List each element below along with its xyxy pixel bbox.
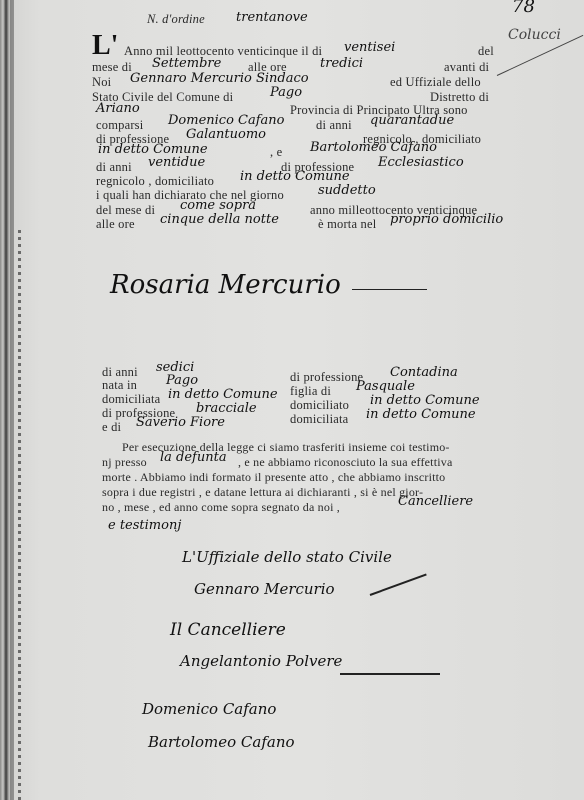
day-value: ventisei [344,40,395,55]
deceased-text: figlia di [290,384,331,399]
witness1-name: Domenico Cafano [168,113,285,128]
deceased-text: di professione [290,370,363,385]
witness2-residence: in detto Comune [240,169,350,184]
declaration-day: suddetto [318,183,376,198]
deceased-text: nata in [102,378,137,393]
signature-flourish [370,574,427,596]
mother-residence: in detto Comune [366,407,476,422]
father-profession: bracciale [196,401,257,416]
witness2-name: Bartolomeo Cafano [310,140,437,155]
deceased-text: e di [102,420,121,435]
mayor-name: Gennaro Mercurio Sindaco [130,71,309,86]
witness2-age: ventidue [148,155,205,170]
declaration-text: è morta nel [318,217,376,232]
deceased-text: domiciliata [102,392,160,407]
intro-text: mese di [92,60,132,75]
closing-line: no , mese , ed anno come sopra segnato d… [102,500,340,515]
deceased-text: domiciliata [290,412,348,427]
signature-clerk: Angelantonio Polvere [180,652,342,670]
month-value: Settembre [152,56,221,71]
closing-line: , e ne abbiamo riconosciuto la sua effet… [238,455,453,470]
page-binding-stitches [18,230,21,800]
deceased-profession: Contadina [390,365,458,380]
deceased-text: domiciliato [290,398,349,413]
death-place: proprio domicilio [390,212,503,227]
witness1-age: quarantadue [370,113,454,128]
father-name: Pasquale [356,379,415,394]
order-label: N. d'ordine [147,12,205,27]
death-hour: cinque della notte [160,212,279,227]
witness-text: di anni [316,118,352,133]
closing-line: sopra i due registri , e datane lettura … [102,485,423,500]
closing-handwritten: Cancelliere [398,494,473,509]
distretto-value: Ariano [96,101,140,116]
signature-title-officer: L'Uffiziale dello stato Civile [182,548,392,566]
signature-witness2: Bartolomeo Cafano [148,733,295,751]
intro-text: Noi [92,75,111,90]
closing-handwritten: la defunta [160,450,227,465]
witness-text: comparsi [96,118,143,133]
page-binding-shadow [10,0,14,800]
name-rule [352,289,427,290]
mother-name: Saverio Fiore [136,415,225,430]
comune-value: Pago [270,85,302,100]
hour-value: tredici [320,56,363,71]
declaration-month: come sopra [180,198,256,213]
order-value: trentanove [236,10,308,25]
witness-text: di anni [96,160,132,175]
intro-text: del [478,44,494,59]
declaration-text: alle ore [96,217,135,232]
closing-line: nj presso [102,455,147,470]
witness2-profession: Ecclesiastico [378,155,464,170]
scanned-page: 78 Colucci N. d'ordine trentanove L' Ann… [0,0,584,800]
deceased-birthplace: Pago [166,373,198,388]
deceased-name: Rosaria Mercurio [110,270,341,300]
intro-text: avanti di [444,60,489,75]
signature-witness1: Domenico Cafano [142,700,276,718]
page-number: 78 [512,0,535,17]
signature-officer: Gennaro Mercurio [194,580,335,598]
closing-line: morte . Abbiamo indi formato il presente… [102,470,445,485]
witness-text: , e [270,145,282,160]
father-residence: in detto Comune [370,393,480,408]
signature-title-clerk: Il Cancelliere [170,620,286,640]
witness1-profession: Galantuomo [186,127,266,142]
deceased-residence: in detto Comune [168,387,278,402]
witness-text: regnicolo , domiciliato [96,174,214,189]
dropcap-L: L' [92,30,118,62]
closing-handwritten: e testimonj [108,518,181,533]
declaration-text: del mese di [96,203,155,218]
signature-flourish [340,673,440,675]
intro-text: ed Uffiziale dello [390,75,481,90]
margin-note: Colucci [508,27,561,43]
